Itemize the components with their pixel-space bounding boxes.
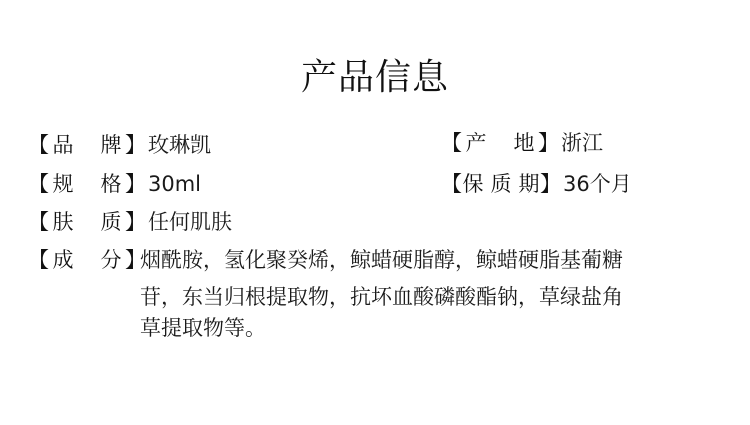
field-spec: 【规格】 30ml — [28, 170, 201, 198]
ingredients-line-2: 苷，东当归根提取物，抗坏血酸磷酸酯钠，草绿盐角 — [140, 283, 623, 311]
field-shelf-life: 【保质期】 36个月 — [441, 170, 632, 198]
field-ingredients-label-row: 【成分】 — [28, 246, 146, 274]
ingredients-line-1: 烟酰胺，氢化聚癸烯，鲸蜡硬脂醇，鲸蜡硬脂基葡糖 — [140, 246, 623, 274]
field-origin: 【产地】 浙江 — [441, 129, 603, 157]
field-skin-type: 【肤质】 任何肌肤 — [28, 208, 232, 236]
field-spec-label: 【规格】 — [28, 170, 146, 198]
field-skin-type-value: 任何肌肤 — [148, 208, 232, 236]
field-shelf-life-label: 【保质期】 — [441, 170, 561, 198]
field-brand-label: 【品牌】 — [28, 131, 146, 159]
field-skin-type-label: 【肤质】 — [28, 208, 146, 236]
field-spec-value: 30ml — [148, 170, 201, 198]
ingredients-line-3: 草提取物等。 — [140, 314, 266, 342]
field-brand-value: 玫琳凯 — [148, 131, 211, 159]
page-title: 产品信息 — [0, 56, 750, 100]
field-shelf-life-value: 36个月 — [563, 170, 632, 198]
field-origin-label: 【产地】 — [441, 129, 559, 157]
field-brand: 【品牌】 玫琳凯 — [28, 131, 211, 159]
field-ingredients-label: 【成分】 — [28, 246, 146, 274]
field-origin-value: 浙江 — [561, 129, 603, 157]
